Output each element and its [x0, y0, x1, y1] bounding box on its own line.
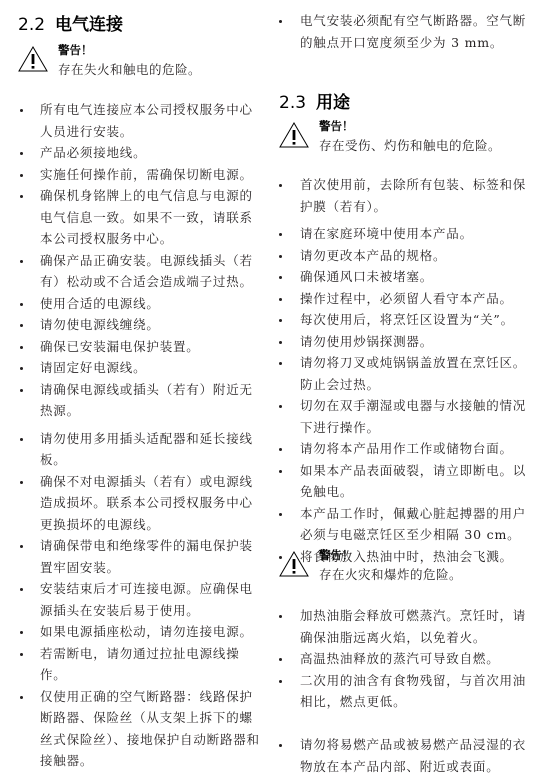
- warning-triangle-icon: [279, 122, 309, 148]
- list-item: 安装结束后才可连接电源。应确保电源插头在安装后易于使用。: [0, 578, 260, 621]
- list-item: 请勿使用炒锅探测器。: [267, 331, 530, 353]
- list-item: 高温热油释放的蒸汽可导致自燃。: [267, 648, 530, 670]
- list-item: 请在家庭环境中使用本产品。: [267, 223, 530, 245]
- section-heading-2-2: 2.2电气连接: [18, 10, 123, 35]
- list-item: 加热油脂会释放可燃蒸汽。烹饪时，请确保油脂远离火焰，以免着火。: [267, 605, 530, 648]
- warning-text: 存在失火和触电的危险。: [58, 60, 201, 78]
- list-item: 请确保电源线或插头（若有）附近无热源。: [0, 379, 260, 422]
- warning-title: 警告！: [319, 118, 354, 134]
- list-item: 如果电源插座松动，请勿连接电源。: [0, 621, 260, 643]
- list-item: 如果本产品表面破裂，请立即断电。以免触电。: [267, 460, 530, 503]
- list-item: 请固定好电源线。: [0, 357, 260, 379]
- list-item: 请确保带电和绝缘零件的漏电保护装置牢固安装。: [0, 535, 260, 578]
- list-item: 首次使用前，去除所有包装、标签和保护膜（若有）。: [267, 174, 530, 217]
- list-item: 请勿更改本产品的规格。: [267, 245, 530, 267]
- list-item: 本产品工作时，佩戴心脏起搏器的用户必须与电磁烹饪区至少相隔 30 cm。: [267, 503, 530, 546]
- circuit-breaker-list: 电气安装必须配有空气断路器。空气断的触点开口宽度须至少为 3 mm。: [267, 10, 530, 53]
- list-item: 请勿将本产品用作工作或储物台面。: [267, 438, 530, 460]
- list-item: 实施任何操作前，需确保切断电源。: [0, 164, 260, 186]
- flammable-items-list: 请勿将易燃产品或被易燃产品浸湿的衣物放在本产品内部、附近或表面。: [267, 734, 530, 777]
- warning-title: 警告！: [319, 547, 354, 563]
- list-item: 确保机身铭牌上的电气信息与电源的电气信息一致。如果不一致，请联系本公司授权服务中…: [0, 185, 260, 250]
- warning-text: 存在受伤、灼伤和触电的危险。: [319, 136, 501, 154]
- warning-triangle-icon: [279, 551, 309, 577]
- warning-triangle-icon: [18, 46, 48, 72]
- intended-use-list: 首次使用前，去除所有包装、标签和保护膜（若有）。请在家庭环境中使用本产品。请勿更…: [267, 174, 530, 567]
- list-item: 仅使用正确的空气断路器：线路保护断路器、保险丝（从支架上拆下的螺丝式保险丝）、接…: [0, 686, 260, 772]
- list-item: 二次用的油含有食物残留，与首次用油相比，燃点更低。: [267, 670, 530, 713]
- list-item: 产品必须接地线。: [0, 142, 260, 164]
- list-item: 每次使用后，将烹饪区设置为“关”。: [267, 309, 530, 331]
- electrical-connection-list: 所有电气连接应本公司授权服务中心人员进行安装。产品必须接地线。实施任何操作前，需…: [0, 99, 260, 772]
- list-item: 请勿使用多用插头适配器和延长接线板。: [0, 428, 260, 471]
- list-item: 确保不对电源插头（若有）或电源线造成损坏。联系本公司授权服务中心更换损坏的电源线…: [0, 471, 260, 536]
- list-item: 电气安装必须配有空气断路器。空气断的触点开口宽度须至少为 3 mm。: [267, 10, 530, 53]
- fire-hazard-list: 加热油脂会释放可燃蒸汽。烹饪时，请确保油脂远离火焰，以免着火。高温热油释放的蒸汽…: [267, 605, 530, 713]
- list-item: 若需断电，请勿通过拉扯电源线操作。: [0, 643, 260, 686]
- warning-title: 警告！: [58, 42, 93, 58]
- list-item: 请勿将刀叉或炖锅锅盖放置在烹饪区。防止会过热。: [267, 352, 530, 395]
- list-item: 确保已安装漏电保护装置。: [0, 336, 260, 358]
- list-item: 确保产品正确安装。电源线插头（若有）松动或不合适会造成端子过热。: [0, 250, 260, 293]
- warning-text: 存在火灾和爆炸的危险。: [319, 565, 462, 583]
- list-item: 请勿将易燃产品或被易燃产品浸湿的衣物放在本产品内部、附近或表面。: [267, 734, 530, 777]
- list-item: 确保通风口未被堵塞。: [267, 266, 530, 288]
- list-item: 所有电气连接应本公司授权服务中心人员进行安装。: [0, 99, 260, 142]
- list-item: 请勿使电源线缠绕。: [0, 314, 260, 336]
- list-item: 操作过程中，必须留人看守本产品。: [267, 288, 530, 310]
- list-item: 使用合适的电源线。: [0, 293, 260, 315]
- list-item: 切勿在双手潮湿或电器与水接触的情况下进行操作。: [267, 395, 530, 438]
- section-heading-2-3: 2.3用途: [279, 88, 350, 113]
